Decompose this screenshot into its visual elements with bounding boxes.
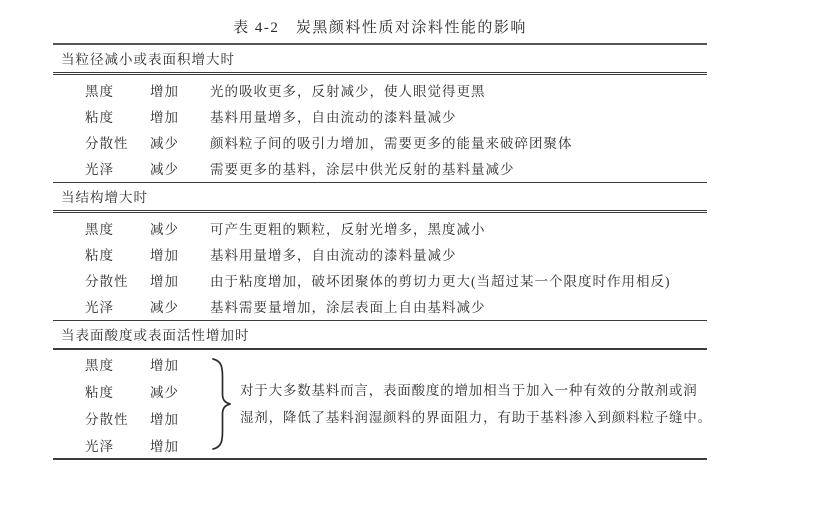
table-caption: 表 4-2 炭黑颜料性质对涂料性能的影响: [53, 16, 707, 37]
table-row: 黑度 增加: [53, 350, 210, 377]
change-cell: 增加: [150, 435, 210, 455]
note-line: 对于大多数基料而言，表面酸度的增加相当于加入一种有效的分散剂或润: [240, 377, 712, 404]
table-row: 分散性 增加 由于粘度增加，破坏团聚体的剪切力更大(当超过某一个限度时作用相反): [53, 267, 707, 293]
property-cell: 光泽: [85, 158, 150, 178]
property-cell: 黑度: [85, 354, 150, 374]
table-row: 光泽 减少 需要更多的基料，涂层中供光反射的基料量减少: [53, 155, 707, 181]
property-cell: 粘度: [85, 244, 150, 264]
note-line: 湿剂，降低了基料润湿颜料的界面阻力，有助于基料渗入到颜料粒子缝中。: [240, 404, 712, 431]
section-header: 当表面酸度或表面活性增加时: [53, 321, 707, 350]
effect-cell: 基料用量增多，自由流动的漆料量减少: [210, 106, 707, 126]
change-cell: 增加: [150, 80, 210, 100]
property-cell: 粘度: [85, 106, 150, 126]
property-cell: 光泽: [85, 296, 150, 316]
effect-cell: 可产生更粗的颗粒，反射光增多，黑度减小: [210, 218, 707, 238]
property-cell: 光泽: [85, 435, 150, 455]
section-structure: 当结构增大时 黑度 减少 可产生更粗的颗粒，反射光增多，黑度减小 粘度 增加 基…: [53, 183, 707, 321]
section-header: 当粒径减小或表面积增大时: [53, 45, 707, 75]
property-cell: 分散性: [85, 270, 150, 290]
effect-cell: 颜料粒子间的吸引力增加，需要更多的能量来破碎团聚体: [210, 132, 707, 152]
section-rows: 黑度 增加 粘度 减少 分散性 增加 光泽 增加: [53, 350, 707, 458]
right-brace-icon: [210, 356, 234, 452]
change-cell: 减少: [150, 158, 210, 178]
change-cell: 增加: [150, 354, 210, 374]
property-cell: 粘度: [85, 381, 150, 401]
section-header: 当结构增大时: [53, 183, 707, 213]
table-row: 光泽 增加: [53, 431, 210, 458]
property-cell: 黑度: [85, 218, 150, 238]
effect-cell: 基料需要量增加，涂层表面上自由基料减少: [210, 296, 707, 316]
effect-cell: 基料用量增多，自由流动的漆料量减少: [210, 244, 707, 264]
note-text: 对于大多数基料而言，表面酸度的增加相当于加入一种有效的分散剂或润 湿剂，降低了基…: [240, 377, 712, 431]
property-cell: 黑度: [85, 80, 150, 100]
table-row: 分散性 减少 颜料粒子间的吸引力增加，需要更多的能量来破碎团聚体: [53, 129, 707, 155]
property-change-list: 黑度 增加 粘度 减少 分散性 增加 光泽 增加: [53, 350, 210, 458]
effect-cell: 由于粘度增加，破坏团聚体的剪切力更大(当超过某一个限度时作用相反): [210, 270, 707, 290]
table-row: 光泽 减少 基料需要量增加，涂层表面上自由基料减少: [53, 293, 707, 319]
property-cell: 分散性: [85, 408, 150, 428]
property-cell: 分散性: [85, 132, 150, 152]
table-row: 粘度 增加 基料用量增多，自由流动的漆料量减少: [53, 103, 707, 129]
change-cell: 增加: [150, 408, 210, 428]
scanned-document-page: 表 4-2 炭黑颜料性质对涂料性能的影响 当粒径减小或表面积增大时 黑度 增加 …: [0, 0, 815, 517]
table-row: 粘度 增加 基料用量增多，自由流动的漆料量减少: [53, 241, 707, 267]
table-row: 黑度 减少 可产生更粗的颗粒，反射光增多，黑度减小: [53, 215, 707, 241]
change-cell: 减少: [150, 381, 210, 401]
change-cell: 增加: [150, 106, 210, 126]
section-surface-acidity: 当表面酸度或表面活性增加时 黑度 增加 粘度 减少 分散性 增加: [53, 321, 707, 458]
change-cell: 增加: [150, 270, 210, 290]
carbon-black-effects-table: 当粒径减小或表面积增大时 黑度 增加 光的吸收更多，反射减少，使人眼觉得更黑 粘…: [53, 43, 707, 460]
change-cell: 减少: [150, 296, 210, 316]
table-row: 分散性 增加: [53, 404, 210, 431]
change-cell: 减少: [150, 132, 210, 152]
section-rows: 黑度 减少 可产生更粗的颗粒，反射光增多，黑度减小 粘度 增加 基料用量增多，自…: [53, 213, 707, 321]
change-cell: 增加: [150, 244, 210, 264]
table-row: 黑度 增加 光的吸收更多，反射减少，使人眼觉得更黑: [53, 77, 707, 103]
effect-cell: 需要更多的基料，涂层中供光反射的基料量减少: [210, 158, 707, 178]
effect-cell: 光的吸收更多，反射减少，使人眼觉得更黑: [210, 80, 707, 100]
change-cell: 减少: [150, 218, 210, 238]
section-rows: 黑度 增加 光的吸收更多，反射减少，使人眼觉得更黑 粘度 增加 基料用量增多，自…: [53, 75, 707, 183]
table-row: 粘度 减少: [53, 377, 210, 404]
section-particle-size: 当粒径减小或表面积增大时 黑度 增加 光的吸收更多，反射减少，使人眼觉得更黑 粘…: [53, 45, 707, 183]
